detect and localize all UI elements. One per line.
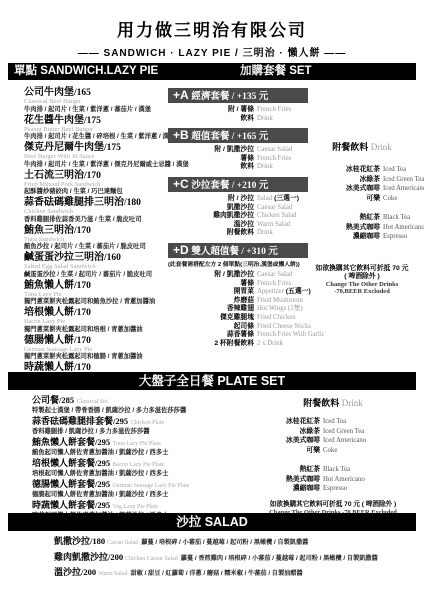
set-line-zh: 飲料 (168, 163, 254, 172)
set-a-name: 經濟套餐 (191, 91, 229, 102)
set-line-en: Drink (257, 115, 273, 124)
plate-item-name-zh: 蒜香砝碼雞腿排套餐 (32, 416, 113, 426)
item-ingredients: 鮪魚沙拉 / 起司片 / 生菜 / 蕃茄片 / 脆皮吐司 (24, 243, 176, 250)
set-line-en: Caesar Salad (257, 271, 292, 280)
drink-name-en: Coke (383, 194, 397, 204)
set-c-price: / +210 元 (229, 181, 268, 191)
set-line-zh: 附 / 凱撒沙拉 (168, 271, 254, 280)
salad-item-price: /180 (90, 536, 105, 546)
salad-item: 雞肉凱撒沙拉/200Chicken Caesar Salad蘿蔓 / 香煎雞肉 … (54, 551, 420, 567)
item-name-zh: 鮪魚三明治 (24, 225, 74, 236)
drinks-exchange-note: 如欲換購其它飲料可折抵 70 元 ( 啤酒除外 ) Change The Oth… (304, 265, 420, 296)
set-d-note: (此套餐需搭配左方 2 個單點(三明治,漢堡或懶人餅)) (168, 261, 308, 270)
drink-name-zh: 熱紅茶 (246, 465, 320, 475)
salad-item-name: 溫沙拉 (54, 567, 81, 577)
set-line: 附 / 凱撒沙拉Caesar Salad (168, 271, 308, 280)
plate-item-ingredients: 香料雞腿排 / 凱薩沙拉 / 多力多滋佐莎莎醬 (32, 428, 246, 435)
drink-name-en: Hot Americano (383, 223, 424, 233)
set-b-lines: 附 / 凱撒沙拉Caesar Salad 薯條French Fries 飲料Dr… (168, 146, 308, 172)
plate-item-price: /295 (95, 437, 110, 447)
menu-item: 公司牛肉堡/165 Classical Beef Burger 牛肉排 / 起司… (24, 87, 176, 113)
plate-item-english-name: Veg Lazy Pie Plate (113, 504, 159, 510)
set-line: 附 / 沙拉Salad(三選一) (168, 195, 308, 204)
item-name-zh: 花生醬牛肉堡 (24, 115, 84, 126)
plate-item: 蒜香砝碼雞腿排套餐/295 Chicken Plate 香料雞腿排 / 凱薩沙拉… (32, 416, 246, 435)
plate-section-bar: 大盤子全日餐 PLATE SET (8, 372, 416, 390)
plate-item: 鮪魚懶人餅套餐/295 Tuna Lazy Pie Plate 鮪魚起司懶人餅佐… (32, 437, 246, 456)
plate-item-ingredients: 鮪魚起司懶人餅佐青蔥加醬油 / 凱薩沙拉 / 西多士 (32, 449, 246, 456)
salad-section-label-en: SALAD (205, 515, 248, 529)
item-price: /175 (104, 143, 121, 153)
drink-name-zh: 熱美式咖啡 (246, 475, 320, 485)
item-ingredients: 獨門蔥菜餅夾松露起司和培根 / 青蔥加醬油 (24, 326, 176, 333)
set-line-zh: 起司條 (168, 323, 254, 332)
item-ingredients: 鹹蛋蛋沙拉 / 生菜 / 起司片 / 蕃茄片 / 脆皮吐司 (24, 271, 176, 278)
plate-item-price: /285 (59, 395, 74, 405)
set-line-zh: 附 / 凱撒沙拉 (168, 146, 254, 155)
salad-item-price: /200 (108, 552, 123, 562)
plate-cold-drinks-list: 冰桂花紅茶Iced Tea 冰綠茶Iced Green Tea 冰美式咖啡Ice… (246, 417, 420, 455)
set-line-note: (三選一) (274, 195, 299, 204)
drink-name-zh: 可樂 (304, 194, 380, 204)
plate-section-label-en: PLATE SET (217, 374, 285, 388)
drink-item: 熱美式咖啡Hot Americano (246, 475, 420, 485)
set-section-label: 加購套餐 SET (240, 63, 312, 80)
plate-item-english-name: Chicken Plate (131, 420, 165, 426)
salad-item-name: 雞肉凱撒沙拉 (54, 552, 108, 562)
drink-item: 濃縮咖啡Espresso (246, 484, 420, 494)
item-name: 土石流三明治/170 (24, 170, 176, 182)
drink-item: 可樂Coke (246, 446, 420, 456)
set-menu-column: +A 經濟套餐 / +135 元 附 / 薯條French Fries 飲料Dr… (168, 88, 308, 353)
drink-name-zh: 可樂 (246, 446, 320, 456)
item-price: /170 (74, 336, 91, 346)
drink-item: 冰桂花紅茶Iced Tea (246, 417, 420, 427)
set-line-en: Caesar Salad (257, 146, 292, 155)
set-line-en: Hot Wings (2隻) (257, 305, 303, 314)
plate-item-ingredients: 培根起司懶人餅佐青蔥加醬油 / 凱薩沙拉 / 西多士 (32, 470, 246, 477)
plate-item-price: /295 (95, 479, 110, 489)
item-price: /170 (84, 171, 101, 181)
drink-name-en: Espresso (383, 232, 407, 242)
plate-item: 培根懶人餅套餐/295 Bacon Lazy Pie Plate 培根起司懶人餅… (32, 458, 246, 477)
set-line-en: Appetizer (257, 288, 284, 297)
drink-item: 冰綠茶Iced Green Tea (246, 427, 420, 437)
item-price: /175 (84, 116, 101, 126)
set-b-code: +B (173, 128, 189, 142)
set-b-price: / +165 元 (229, 132, 268, 142)
plate-hot-drinks-list: 熱紅茶Black Tea 熱美式咖啡Hot Americano 濃縮咖啡Espr… (246, 465, 420, 494)
set-line-en: Chicken Salad (257, 212, 296, 221)
plate-item-english-name: German Sausage Lazy Pie Plate (113, 483, 190, 489)
item-price: /170 (74, 281, 91, 291)
salad-item-ingredients: 蘿蔓 / 香煎雞肉 / 培根碎 / 小蕃茄 / 蔓越莓 / 起司粉 / 黑橄欖 … (181, 555, 378, 562)
plate-item-name: 公司餐/285 Classical Set (32, 395, 246, 407)
section-bar-single: 單點 SANDWICH.LAZY PIE 加購套餐 SET (8, 63, 416, 80)
set-line: 雞肉凱撒沙拉Chicken Salad (168, 212, 308, 221)
set-line-en: Warm Salad (257, 221, 290, 230)
plate-item-price: /295 (95, 500, 110, 510)
plate-item-ingredients: 德腸起司懶人餅佐青蔥加醬油 / 凱薩沙拉 / 西多士 (32, 491, 246, 498)
salad-item-ingredients: 蘿蔓 / 培根碎 / 小蕃茄 / 蔓越莓 / 起司粉 / 黑橄欖 / 自製凱撒醬 (141, 539, 308, 546)
set-line: 附 / 薯條French Fries (168, 106, 308, 115)
menu-page: 用力做三明治有限公司 —— SANDWICH · LAZY PIE / 三明治 … (0, 0, 424, 600)
item-name-zh: 培根懶人餅 (24, 307, 74, 318)
single-items-list: 公司牛肉堡/165 Classical Beef Burger 牛肉排 / 起司… (24, 87, 176, 390)
plate-drinks-panel: 附餐飲料 Drink 冰桂花紅茶Iced Tea 冰綠茶Iced Green T… (246, 396, 420, 516)
set-b-name: 超值套餐 (191, 131, 229, 142)
plate-item-english-name: Tuna Lazy Pie Plate (113, 441, 161, 447)
set-line-zh: 薯條 (168, 280, 254, 289)
salad-item-price: /200 (81, 567, 96, 577)
set-b-header: +B 超值套餐 / +165 元 (168, 128, 308, 143)
set-line-zh: 蒜香薯條 (168, 331, 254, 340)
item-name-zh: 傑克丹尼爾牛肉堡 (24, 142, 104, 153)
drinks-title-zh: 附餐飲料 (332, 142, 368, 152)
set-line-en: French Fries (257, 155, 291, 164)
cold-drinks-list: 冰桂花紅茶Iced Tea 冰綠茶Iced Green Tea 冰美式咖啡Ice… (304, 165, 420, 203)
item-name-zh: 鹹蛋蛋沙拉三明治 (24, 252, 104, 263)
drink-item: 冰桂花紅茶Iced Tea (304, 165, 420, 175)
item-price: /170 (74, 308, 91, 318)
note-line: -70,BEER Excluded (304, 288, 420, 296)
set-a-header: +A 經濟套餐 / +135 元 (168, 88, 308, 103)
item-ingredients: 香料雞腿排佐蒜香美乃滋 / 生菜 / 脆皮吐司 (24, 216, 176, 223)
set-a-lines: 附 / 薯條French Fries 飲料Drink (168, 106, 308, 123)
set-line-zh: 2 杯附餐飲料 (168, 340, 254, 349)
set-line-en: Fried Cheese Sticks (257, 323, 311, 332)
set-line: 蒜香薯條French Fries With Garlic (168, 331, 308, 340)
drink-item: 可樂Coke (304, 194, 420, 204)
salad-item-english-name: Warm Salad (98, 571, 127, 577)
set-line: 2 杯附餐飲料2 x Drink (168, 340, 308, 349)
item-name: 鮪魚三明治/170 (24, 225, 176, 237)
salad-section-label-zh: 沙拉 (176, 515, 201, 529)
salad-item-ingredients: 甜椒 / 甜豆 / 紅蘿蔔 / 洋蔥 / 蘑菇 / 糯米椒 / 牛蕃茄 / 自製… (130, 570, 302, 577)
drink-item: 熱紅茶Black Tea (246, 465, 420, 475)
set-line: 附餐飲料Drink (168, 229, 308, 238)
set-c-code: +C (173, 177, 189, 191)
salad-item: 溫沙拉/200Warm Salad甜椒 / 甜豆 / 紅蘿蔔 / 洋蔥 / 蘑菇… (54, 566, 420, 582)
plate-drinks-title-zh: 附餐飲料 (303, 398, 339, 408)
drinks-panel: 附餐飲料 Drink 冰桂花紅茶Iced Tea 冰綠茶Iced Green T… (304, 140, 420, 296)
set-line-zh: 凱撒沙拉 (168, 204, 254, 213)
note-line: ( 啤酒除外 ) (304, 273, 420, 281)
plate-item-name-zh: 公司餐 (32, 395, 59, 405)
drink-name-en: Black Tea (383, 213, 410, 223)
plate-item-name: 鮪魚懶人餅套餐/295 Tuna Lazy Pie Plate (32, 437, 246, 449)
drink-name-en: Hot Americano (323, 475, 365, 485)
drink-item: 熱美式咖啡Hot Americano (304, 223, 420, 233)
set-line: 飲料Drink (168, 115, 308, 124)
note-line: 如欲換購其它飲料可折抵 70 元 (304, 265, 420, 273)
set-line-zh: 附 / 薯條 (168, 106, 254, 115)
drink-name-zh: 濃縮咖啡 (246, 484, 320, 494)
single-section-label: 單點 SANDWICH.LAZY PIE (14, 65, 158, 77)
set-a-price: / +135 元 (229, 92, 268, 102)
drink-name-zh: 冰美式咖啡 (304, 184, 380, 194)
plate-item-name-zh: 培根懶人餅套餐 (32, 458, 95, 468)
set-line: 附 / 凱撒沙拉Caesar Salad (168, 146, 308, 155)
set-line: 薯條French Fries (168, 280, 308, 289)
item-ingredients: 牛肉排 / 起司片 / 生菜 / 紫洋蔥 / 傑克丹尼爾威士忌醬 / 漢堡 (24, 161, 176, 168)
set-line: 薯條French Fries (168, 155, 308, 164)
item-price: /165 (74, 88, 91, 98)
item-ingredients: 牛肉排 / 起司片 / 生菜 / 紫洋蔥 / 蕃茄片 / 漢堡 (24, 106, 176, 113)
item-name-zh: 土石流三明治 (24, 170, 84, 181)
set-d-price: / +310 元 (239, 247, 278, 257)
set-line-en: Caesar Salad (257, 204, 292, 213)
hot-drinks-list: 熱紅茶Black Tea 熱美式咖啡Hot Americano 濃縮咖啡Espr… (304, 213, 420, 242)
drink-name-zh: 熱紅茶 (304, 213, 380, 223)
note-line: Change The Other Drinks (304, 281, 420, 289)
drink-item: 濃縮咖啡Espresso (304, 232, 420, 242)
salad-items-list: 凱撒沙拉/180Caesar Salad蘿蔓 / 培根碎 / 小蕃茄 / 蔓越莓… (54, 535, 420, 582)
plate-item-name-zh: 時蔬懶人餅套餐 (32, 500, 95, 510)
set-line-zh: 傑克雞腿塊 (168, 314, 254, 323)
note-line: 如欲換購其它飲料可折抵 70 元 ( 啤酒除外 ) (246, 501, 420, 509)
item-price: /180 (124, 198, 141, 208)
plate-item-name: 德腸懶人餅套餐/295 German Sausage Lazy Pie Plat… (32, 479, 246, 491)
set-line: 飲料Drink (168, 163, 308, 172)
item-ingredients: 牛肉排 / 起司片 / 花生醬 / 碎培根 / 生菜 / 紫洋蔥 / 漢堡 (24, 133, 176, 140)
plate-item: 公司餐/285 Classical Set 特製起士漢堡 / 帶骨香腸 / 凱薩… (32, 395, 246, 414)
set-line: 傑克雞腿塊Fried Chicken (168, 314, 308, 323)
set-line: 凱撒沙拉Caesar Salad (168, 204, 308, 213)
salad-item-english-name: Caesar Salad (107, 540, 138, 546)
salad-item-english-name: Chicken Caesar Salad (125, 556, 178, 562)
drink-name-en: Coke (323, 446, 337, 456)
item-name-zh: 鮪魚懶人餅 (24, 280, 74, 291)
page-subtitle: —— SANDWICH · LAZY PIE / 三明治 · 懶人餅 —— (0, 44, 424, 59)
set-line-en: French Fries With Garlic (257, 331, 325, 340)
set-a-code: +A (173, 88, 189, 102)
set-c-lines: 附 / 沙拉Salad(三選一) 凱撒沙拉Caesar Salad 雞肉凱撒沙拉… (168, 195, 308, 238)
menu-item: 花生醬牛肉堡/175 Peanut Butter Beef Burger 牛肉排… (24, 115, 176, 141)
set-line-en: Drink (257, 229, 273, 238)
item-name: 鮪魚懶人餅/170 (24, 280, 176, 292)
menu-item: 土石流三明治/170 Fried Minced Pork Sandwich 起酥… (24, 170, 176, 196)
item-ingredients: 獨門蔥菜餅夾松露起司和德腸 / 青蔥加醬油 (24, 353, 176, 360)
set-line-zh: 飲料 (168, 115, 254, 124)
set-d-name: 雙人超值餐 (191, 246, 239, 257)
plate-item-name: 蒜香砝碼雞腿排套餐/295 Chicken Plate (32, 416, 246, 428)
set-line-en: Fried Chicken (257, 314, 296, 323)
set-line-zh: 附餐飲料 (168, 229, 254, 238)
drink-name-en: Iced Tea (323, 417, 346, 427)
single-section-label-zh: 單點 (14, 65, 37, 77)
salad-item: 凱撒沙拉/180Caesar Salad蘿蔓 / 培根碎 / 小蕃茄 / 蔓越莓… (54, 535, 420, 551)
menu-item: 蒜香砝碼雞腿排三明治/180 Chicken Sandwich 香料雞腿排佐蒜香… (24, 197, 176, 223)
drink-item: 冰美式咖啡Iced Americano (246, 436, 420, 446)
set-line-en: French Fries (257, 280, 291, 289)
drink-name-zh: 冰桂花紅茶 (304, 165, 380, 175)
set-d-header: +D 雙人超值餐 / +310 元 (168, 243, 308, 258)
salad-item-name: 凱撒沙拉 (54, 536, 90, 546)
drink-name-zh: 濃縮咖啡 (304, 232, 380, 242)
item-price: /170 (74, 226, 91, 236)
item-name-zh: 蒜香砝碼雞腿排三明治 (24, 197, 124, 208)
plate-item-name: 時蔬懶人餅套餐/295 Veg Lazy Pie Plate (32, 500, 246, 512)
drink-name-en: Black Tea (323, 465, 350, 475)
drink-item: 冰綠茶Iced Green Tea (304, 175, 420, 185)
drink-name-zh: 熱美式咖啡 (304, 223, 380, 233)
plate-item-english-name: Classical Set (77, 399, 108, 405)
drink-item: 冰美式咖啡Iced Americano (304, 184, 420, 194)
drinks-title: 附餐飲料 Drink (304, 140, 420, 153)
set-line-zh: 香辣雞翅 (168, 305, 254, 314)
plate-item-price: /295 (95, 458, 110, 468)
menu-item: 鮪魚三明治/170 Tuna Sandwich 鮪魚沙拉 / 起司片 / 生菜 … (24, 225, 176, 251)
set-section-label-zh: 加購套餐 (240, 65, 286, 77)
item-ingredients: 起酥醬炒豬絞肉 / 生菜 / 巧巴達麵包 (24, 188, 176, 195)
set-d-lines: 附 / 凱撒沙拉Caesar Salad 薯條French Fries 開胃菜A… (168, 271, 308, 348)
set-line: 開胃菜Appetizer(五選一) (168, 288, 308, 297)
set-line-zh: 附 / 沙拉 (168, 195, 254, 204)
plate-item-name-zh: 德腸懶人餅套餐 (32, 479, 95, 489)
item-name-zh: 公司牛肉堡 (24, 87, 74, 98)
plate-item-english-name: Bacon Lazy Pie Plate (113, 462, 164, 468)
set-c-header: +C 沙拉套餐 / +210 元 (168, 177, 308, 192)
plate-section-label-zh: 大盤子全日餐 (139, 374, 214, 388)
set-line-en: 2 x Drink (257, 340, 283, 349)
set-d-code: +D (173, 243, 189, 257)
set-line-en: Salad (257, 195, 272, 204)
item-price: /160 (104, 253, 121, 263)
drink-name-en: Iced Green Tea (323, 427, 364, 437)
plate-item-name: 培根懶人餅套餐/295 Bacon Lazy Pie Plate (32, 458, 246, 470)
drink-name-zh: 冰綠茶 (246, 427, 320, 437)
plate-item-price: /295 (113, 416, 128, 426)
set-section-label-en: SET (289, 65, 311, 77)
plate-item-ingredients: 特製起士漢堡 / 帶骨香腸 / 凱薩沙拉 / 多力多滋佐莎莎醬 (32, 407, 246, 414)
menu-item: 鮪魚懶人餅/170 Tuna Lazy Pie 獨門蔥菜餅夾松露起司和鮪魚沙拉 … (24, 280, 176, 306)
plate-items-list: 公司餐/285 Classical Set 特製起士漢堡 / 帶骨香腸 / 凱薩… (32, 395, 246, 521)
menu-item: 傑克丹尼爾牛肉堡/175 Beef Burger With Jd Sauce 牛… (24, 142, 176, 168)
plate-drinks-title-en: Drink (342, 398, 363, 408)
drinks-title-en: Drink (371, 142, 392, 152)
set-line: 起司條Fried Cheese Sticks (168, 323, 308, 332)
drink-name-zh: 冰綠茶 (304, 175, 380, 185)
drink-item: 熱紅茶Black Tea (304, 213, 420, 223)
drink-name-en: Iced Tea (383, 165, 406, 175)
set-c-name: 沙拉套餐 (191, 180, 229, 191)
plate-drinks-title: 附餐飲料 Drink (246, 396, 420, 409)
drink-name-en: Espresso (323, 484, 347, 494)
item-name-zh: 德腸懶人餅 (24, 335, 74, 346)
plate-item-name-zh: 鮪魚懶人餅套餐 (32, 437, 95, 447)
menu-item: 德腸懶人餅/170 German Sausage Lazy Pie 獨門蔥菜餅夾… (24, 335, 176, 361)
single-section-label-en: SANDWICH.LAZY PIE (40, 65, 158, 77)
drink-name-zh: 冰桂花紅茶 (246, 417, 320, 427)
drink-name-en: Iced Green Tea (383, 175, 424, 185)
page-title: 用力做三明治有限公司 (0, 16, 424, 41)
set-line-zh: 雞肉凱撒沙拉 (168, 212, 254, 221)
salad-section-bar: 沙拉 SALAD (8, 513, 416, 531)
drink-name-zh: 冰美式咖啡 (246, 436, 320, 446)
set-line-en: French Fries (257, 106, 291, 115)
set-line-zh: 開胃菜 (168, 288, 254, 297)
item-name: 德腸懶人餅/170 (24, 335, 176, 347)
item-name: 花生醬牛肉堡/175 (24, 115, 176, 127)
menu-item: 鹹蛋蛋沙拉三明治/160 Salted Egg Salad Sandwich 鹹… (24, 252, 176, 278)
set-line-en: Drink (257, 163, 273, 172)
plate-item: 德腸懶人餅套餐/295 German Sausage Lazy Pie Plat… (32, 479, 246, 498)
drink-name-en: Iced Americano (383, 184, 424, 194)
menu-item: 培根懶人餅/170 Bacon Lazy Pie 獨門蔥菜餅夾松露起司和培根 /… (24, 307, 176, 333)
drink-name-en: Iced Americano (323, 436, 366, 446)
set-line: 香辣雞翅Hot Wings (2隻) (168, 305, 308, 314)
item-ingredients: 獨門蔥菜餅夾松露起司和鮪魚沙拉 / 青蔥加醬油 (24, 298, 176, 305)
